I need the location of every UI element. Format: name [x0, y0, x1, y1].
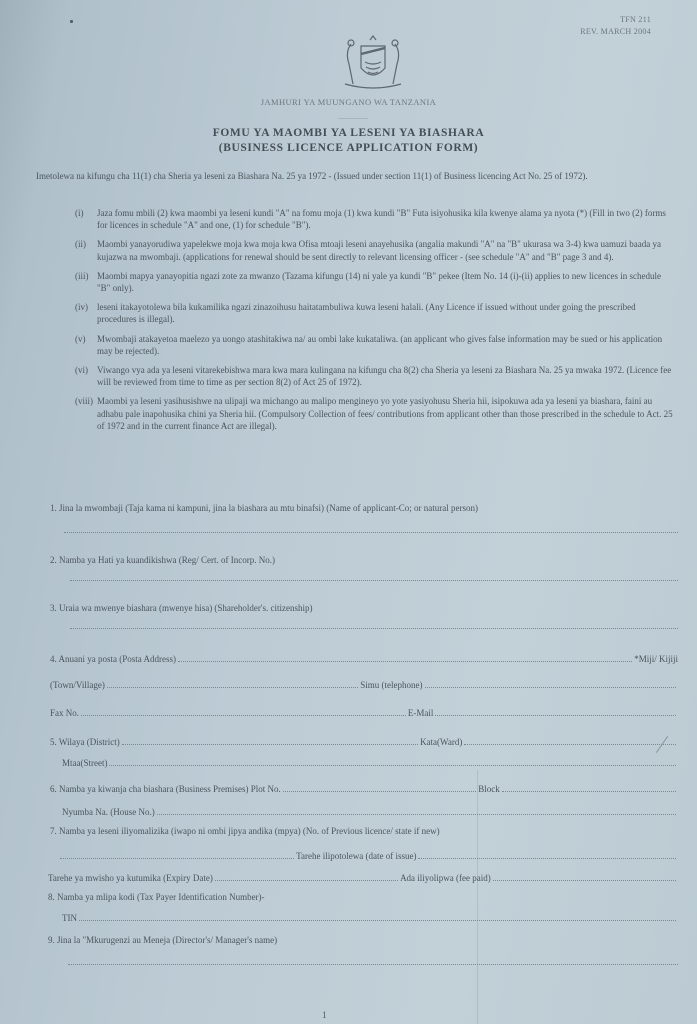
item-text: leseni itakayotolewa bila kukamilika nga…: [97, 302, 636, 324]
form-number: TFN 211: [580, 14, 651, 26]
item-text: Jaza fomu mbili (2) kwa maombi ya leseni…: [97, 208, 666, 230]
label: 4. Anuani ya posta (Posta Address): [50, 654, 176, 664]
label: *Miji/ Kijiji: [634, 654, 678, 664]
label: Kata(Ward): [420, 737, 462, 747]
director-name-field[interactable]: [68, 963, 678, 965]
page-number: 1: [322, 1010, 327, 1020]
town-phone-row: (Town/Village) Simu (telephone): [50, 679, 678, 690]
item-number: (vi): [75, 364, 88, 376]
fee-paid-field[interactable]: [493, 872, 676, 881]
form-title: FOMU YA MAOMBI YA LESENI YA BIASHARA (BU…: [0, 126, 697, 156]
date-issue-row: Tarehe ilipotolewa (date of issue): [58, 850, 678, 861]
instruction-item: (viii)Maombi ya leseni yasihusishwe na u…: [75, 395, 675, 432]
label: 6. Namba ya kiwanja cha biashara (Busine…: [50, 784, 281, 794]
item-number: (iii): [75, 270, 89, 282]
tin-row: TIN: [62, 912, 678, 923]
fax-field[interactable]: [81, 707, 406, 716]
speck: [70, 20, 73, 23]
applicant-name-field[interactable]: [64, 531, 678, 533]
house-number-field[interactable]: [157, 806, 676, 815]
item-number: (ii): [75, 238, 86, 250]
item-number: (v): [75, 333, 86, 345]
telephone-field[interactable]: [425, 679, 676, 688]
label: Ada iliyolipwa (fee paid): [400, 873, 491, 883]
instruction-item: (v)Mwombaji atakayetoa maelezo ya uongo …: [75, 333, 675, 357]
title-english: (BUSINESS LICENCE APPLICATION FORM): [0, 141, 697, 156]
email-field[interactable]: [435, 707, 676, 716]
label: 2. Namba ya Hati ya kuandikishwa (Reg/ C…: [50, 555, 275, 565]
district-field[interactable]: [122, 736, 418, 745]
tin-label: 8. Namba ya mlipa kodi (Tax Payer Identi…: [48, 892, 676, 902]
intro-text: Imetolewa na kifungu cha 11(1) cha Sheri…: [36, 170, 672, 182]
label: 9. Jina la "Mkurugenzi au Meneja (Direct…: [48, 935, 277, 945]
label: Simu (telephone): [360, 680, 422, 690]
fax-email-row: Fax No. E-Mail: [50, 707, 678, 718]
previous-licence-label: 7. Namba ya leseni iliyomalizika (iwapo …: [50, 826, 678, 836]
expiry-fee-row: Tarehe ya mwisho ya kutumika (Expiry Dat…: [48, 872, 678, 883]
revision-date: REV. MARCH 2004: [580, 26, 651, 38]
coat-of-arms-icon: [337, 34, 409, 94]
postal-address-field[interactable]: [178, 653, 632, 662]
postal-address-row: 4. Anuani ya posta (Posta Address) *Miji…: [50, 653, 678, 664]
item-number: (i): [75, 207, 84, 219]
date-of-issue-field[interactable]: [418, 850, 676, 859]
block-field[interactable]: [502, 783, 676, 792]
label: Fax No.: [50, 708, 79, 718]
previous-licence-field[interactable]: [60, 850, 294, 859]
citizenship-field[interactable]: [70, 627, 678, 629]
instruction-item: (iv)leseni itakayotolewa bila kukamilika…: [75, 301, 675, 325]
house-row: Nyumba Na. (House No.): [62, 806, 678, 817]
label: 7. Namba ya leseni iliyomalizika (iwapo …: [50, 826, 440, 836]
item-text: Viwango vya ada ya leseni vitarekebishwa…: [97, 365, 671, 387]
label: TIN: [62, 913, 77, 923]
label: Tarehe ya mwisho ya kutumika (Expiry Dat…: [48, 873, 213, 883]
expiry-date-field[interactable]: [215, 872, 398, 881]
item-text: Mwombaji atakayetoa maelezo ya uongo ata…: [97, 334, 662, 356]
label: E-Mail: [408, 708, 434, 718]
title-swahili: FOMU YA MAOMBI YA LESENI YA BIASHARA: [0, 126, 697, 141]
label: 5. Wilaya (District): [50, 737, 120, 747]
reg-cert-label: 2. Namba ya Hati ya kuandikishwa (Reg/ C…: [50, 555, 678, 565]
item-number: (iv): [75, 301, 88, 313]
applicant-name-label: 1. Jina la mwombaji (Taja kama ni kampun…: [50, 503, 678, 513]
street-field[interactable]: [109, 757, 676, 766]
instruction-item: (vi)Viwango vya ada ya leseni vitarekebi…: [75, 364, 675, 388]
label: (Town/Village): [50, 680, 105, 690]
divider: [338, 118, 368, 119]
label: Nyumba Na. (House No.): [62, 807, 155, 817]
instruction-item: (i)Jaza fomu mbili (2) kwa maombi ya les…: [75, 207, 675, 231]
label: Tarehe ilipotolewa (date of issue): [296, 851, 416, 861]
plot-number-field[interactable]: [283, 783, 477, 792]
label: Mtaa(Street): [62, 758, 107, 768]
street-row: Mtaa(Street): [62, 757, 678, 768]
premises-row: 6. Namba ya kiwanja cha biashara (Busine…: [50, 783, 678, 794]
label: Block: [478, 784, 500, 794]
town-village-field[interactable]: [107, 679, 358, 688]
reg-cert-field[interactable]: [70, 579, 678, 581]
item-text: Maombi ya leseni yasihusishwe na ulipaji…: [97, 396, 673, 430]
citizenship-label: 3. Uraia wa mwenye biashara (mwenye hisa…: [50, 603, 678, 613]
item-text: Maombi yanayorudiwa yapelekwe moja kwa m…: [97, 239, 661, 261]
tin-field[interactable]: [79, 912, 676, 921]
instruction-item: (ii)Maombi yanayorudiwa yapelekwe moja k…: [75, 238, 675, 262]
item-text: Maombi mapya yanayopitia ngazi zote za m…: [97, 271, 661, 293]
item-number: (viii): [75, 395, 93, 407]
form-page: TFN 211 REV. MARCH 2004 JAMHURI YA MUUNG…: [0, 0, 697, 1024]
instruction-item: (iii)Maombi mapya yanayopitia ngazi zote…: [75, 270, 675, 294]
republic-name: JAMHURI YA MUUNGANO WA TANZANIA: [0, 97, 697, 107]
instructions-list: (i)Jaza fomu mbili (2) kwa maombi ya les…: [75, 207, 675, 439]
district-ward-row: 5. Wilaya (District) Kata(Ward): [50, 736, 678, 747]
form-reference: TFN 211 REV. MARCH 2004: [580, 14, 651, 38]
label: 8. Namba ya mlipa kodi (Tax Payer Identi…: [48, 892, 265, 902]
director-label: 9. Jina la "Mkurugenzi au Meneja (Direct…: [48, 935, 676, 945]
label: 1. Jina la mwombaji (Taja kama ni kampun…: [50, 503, 478, 513]
label: 3. Uraia wa mwenye biashara (mwenye hisa…: [50, 603, 313, 613]
ward-field[interactable]: [464, 736, 676, 745]
